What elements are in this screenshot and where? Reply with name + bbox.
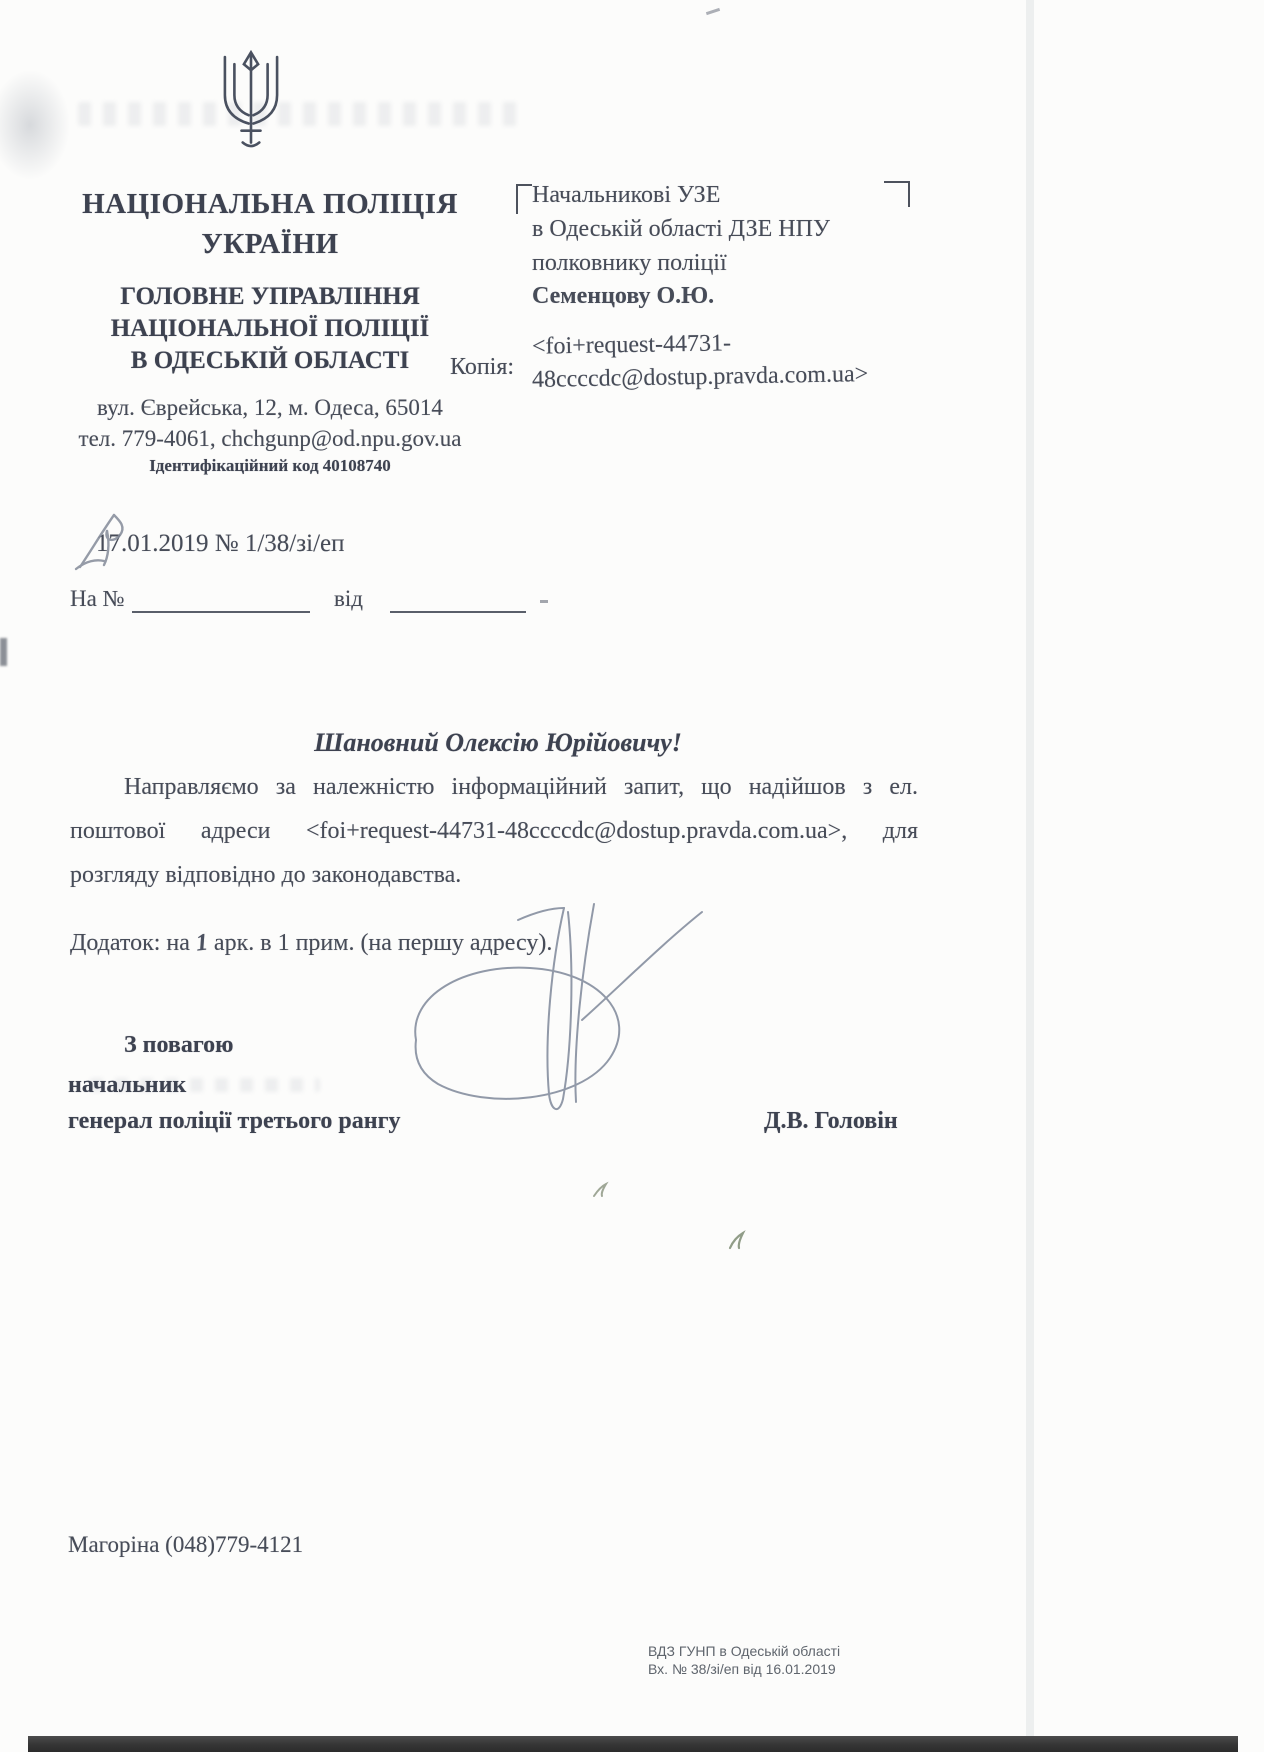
handwritten-date-scribble — [74, 505, 158, 575]
executor-contact: Магоріна (048)779-4121 — [68, 1532, 303, 1558]
scan-smudge-top-left — [0, 70, 70, 180]
addressee-line3: полковнику поліції — [532, 250, 727, 277]
copy-email-line1: <foi+request-44731- — [532, 330, 731, 360]
dept-name-line2: НАЦІОНАЛЬНОЇ ПОЛІЦІЇ — [58, 315, 482, 343]
scan-fold-streak — [1026, 0, 1034, 1752]
dept-name-line1: ГОЛОВНЕ УПРАВЛІННЯ — [58, 283, 482, 311]
pen-dash-mark — [706, 8, 720, 15]
handwritten-signature — [368, 878, 728, 1138]
salutation: Шановний Олексію Юрійовичу! — [278, 728, 718, 758]
reply-date-label: від — [334, 586, 363, 612]
org-name-line1: НАЦІОНАЛЬНА ПОЛІЦІЯ — [58, 188, 482, 221]
copy-label: Копія: — [450, 354, 514, 381]
reply-number-prefix: На № — [70, 586, 125, 612]
signoff-position-line1: начальник — [68, 1072, 186, 1099]
scan-bottom-band — [28, 1736, 1238, 1752]
scan-edge-mark — [0, 638, 7, 666]
pen-curl-mark-2 — [726, 1230, 746, 1252]
attachment-prefix: Додаток: на — [70, 930, 190, 956]
signoff-respectfully: З повагою — [124, 1032, 234, 1059]
body-paragraph-line1: Направляємо за належністю інформаційний … — [70, 774, 918, 801]
copy-email-line2: 48ccccdc@dostup.pravda.com.ua> — [532, 361, 869, 394]
scan-ghost-text-band — [78, 102, 518, 126]
reply-date-blank-line — [390, 610, 526, 613]
stray-dot-mark — [540, 600, 548, 603]
org-phone-email: тел. 779-4061, chchgunp@od.npu.gov.ua — [58, 426, 482, 452]
registration-stamp-line1: ВДЗ ГУНП в Одеській області — [648, 1642, 840, 1660]
registration-stamp-line2: Вх. № 38/зі/еп від 16.01.2019 — [648, 1660, 840, 1678]
org-id-code: Ідентифікаційний код 40108740 — [58, 456, 482, 476]
reply-number-blank-line — [132, 610, 310, 613]
org-address: вул. Єврейська, 12, м. Одеса, 65014 — [58, 395, 482, 421]
corner-bracket-left — [516, 184, 532, 214]
body-paragraph-line2: поштової адреси <foi+request-44731-48ccc… — [70, 818, 918, 845]
ukraine-trident-emblem-icon — [213, 50, 289, 152]
signer-name: Д.В. Головін — [764, 1108, 898, 1135]
signoff-position-line2: генерал поліції третього рангу — [68, 1108, 400, 1135]
attachment-sheet-count-handwritten: 1 — [195, 929, 210, 957]
addressee-line1: Начальникові УЗЕ — [532, 182, 720, 209]
corner-bracket-right — [884, 181, 910, 207]
pen-curl-mark-1 — [590, 1180, 610, 1200]
scanned-letter-page: НАЦІОНАЛЬНА ПОЛІЦІЯ УКРАЇНИ ГОЛОВНЕ УПРА… — [0, 0, 1264, 1752]
addressee-line2: в Одеській області ДЗЕ НПУ — [532, 216, 830, 243]
addressee-name: Семенцову О.Ю. — [532, 283, 714, 310]
org-name-line2: УКРАЇНИ — [58, 228, 482, 261]
registration-stamp: ВДЗ ГУНП в Одеській області Вх. № 38/зі/… — [648, 1642, 840, 1678]
dept-name-line3: В ОДЕСЬКІЙ ОБЛАСТІ — [58, 347, 482, 375]
